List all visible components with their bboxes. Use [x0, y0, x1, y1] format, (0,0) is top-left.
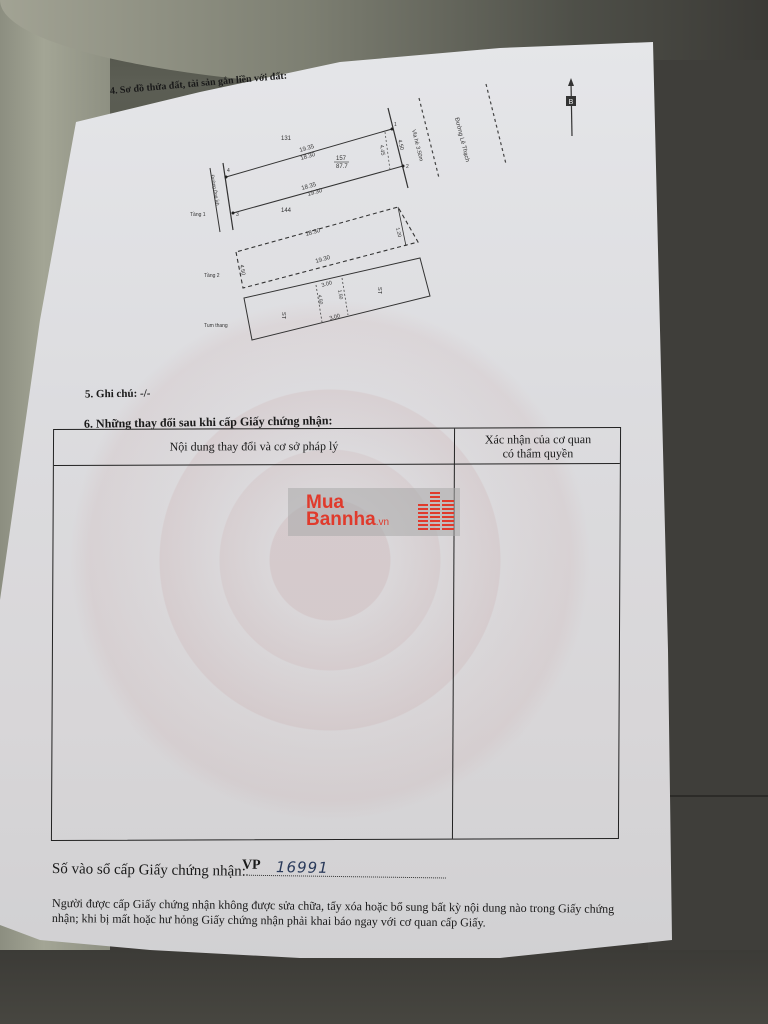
register-code: VP	[242, 858, 261, 874]
svg-text:ST: ST	[376, 287, 382, 295]
buildings-logo-icon	[416, 490, 456, 534]
svg-text:B: B	[569, 99, 574, 106]
muabannha-watermark: Mua Bannha.vn	[288, 488, 460, 536]
svg-text:Tầng 2: Tầng 2	[204, 273, 220, 279]
svg-text:87.7: 87.7	[336, 164, 348, 170]
watermark-suffix: .vn	[376, 517, 389, 528]
svg-text:4.45: 4.45	[378, 144, 385, 155]
svg-text:Tầng 1: Tầng 1	[190, 212, 206, 218]
table-header-content: Nội dung thay đổi và cơ sở pháp lý	[54, 429, 454, 465]
svg-text:3.00: 3.00	[329, 313, 341, 322]
svg-text:157: 157	[336, 156, 347, 162]
register-dotted-field: VP16991	[246, 861, 446, 879]
svg-text:4.50: 4.50	[316, 294, 324, 305]
svg-text:ST: ST	[280, 312, 286, 320]
svg-text:131: 131	[281, 136, 292, 142]
svg-text:Đường Ông Ích: Đường Ông Ích	[210, 174, 221, 206]
register-number-handwritten: 16991	[276, 858, 329, 877]
svg-text:3.00: 3.00	[321, 280, 333, 289]
table-header-confirmation-line1: Xác nhận của cơ quan	[485, 432, 591, 446]
svg-text:Vỉa hè 3.50m: Vỉa hè 3.50m	[410, 129, 425, 163]
north-arrow-icon: B	[566, 78, 576, 136]
svg-text:4.50: 4.50	[238, 264, 246, 276]
svg-text:19.30: 19.30	[315, 255, 332, 265]
svg-text:1: 1	[394, 122, 397, 128]
svg-text:Đường Lê Thạch: Đường Lê Thạch	[453, 117, 470, 163]
svg-text:1.20: 1.20	[394, 227, 402, 238]
svg-text:144: 144	[281, 208, 292, 214]
watermark-line2: Bannha	[306, 509, 376, 530]
section-5-note: 5. Ghi chú: -/-	[85, 388, 151, 401]
svg-text:4.50: 4.50	[396, 139, 404, 151]
svg-text:18.30: 18.30	[305, 228, 322, 238]
svg-text:1.50: 1.50	[336, 289, 344, 300]
table-header-confirmation: Xác nhận của cơ quan có thẩm quyền	[454, 428, 622, 464]
table-header-confirmation-line2: có thẩm quyền	[503, 446, 574, 460]
svg-text:4: 4	[227, 168, 230, 174]
register-label: Số vào sổ cấp Giấy chứng nhận:	[52, 861, 246, 880]
svg-text:Tum thang: Tum thang	[204, 323, 228, 329]
svg-text:3: 3	[236, 212, 239, 218]
watermark-logo-text: Mua Bannha.vn	[306, 494, 389, 531]
svg-text:2: 2	[406, 164, 409, 170]
legal-notice: Người được cấp Giấy chứng nhận không đượ…	[52, 896, 632, 932]
